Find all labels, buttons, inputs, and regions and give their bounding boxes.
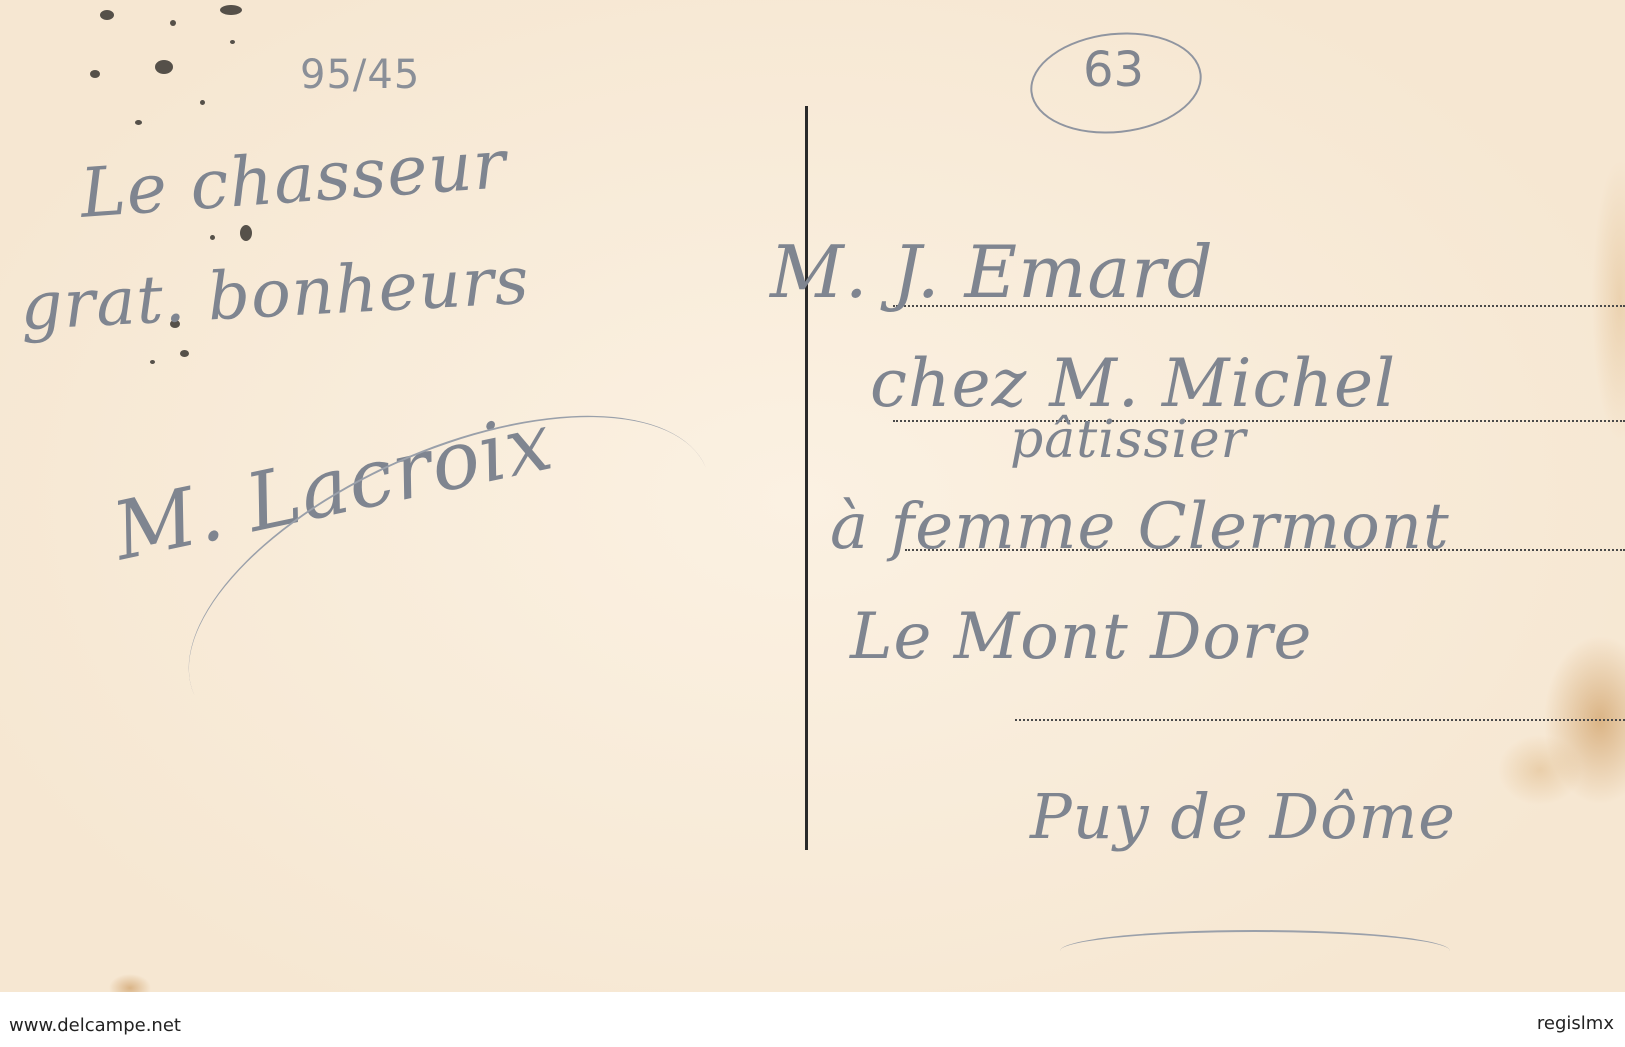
watermark-delcampe: www.delcampe.net	[9, 1015, 181, 1036]
address-line: pâtissier	[1010, 410, 1246, 470]
reference-number: 95/45	[300, 52, 420, 98]
postcard-back: 95/45 Le chasseur grat. bonheurs M. Lacr…	[0, 0, 1625, 992]
address-line: Le Mont Dore	[850, 600, 1312, 674]
watermark-seller: regislmx	[1537, 1013, 1614, 1034]
ink-speckle-stain	[60, 0, 260, 160]
department-number: 63	[1083, 42, 1144, 98]
address-line: M. J. Emard	[770, 230, 1214, 314]
address-underline	[1060, 930, 1450, 972]
address-line: Puy de Dôme	[1030, 780, 1456, 853]
address-line: à femme Clermont	[830, 490, 1450, 564]
message-line: grat. bonheurs	[18, 242, 531, 346]
message-address-divider	[805, 106, 808, 850]
address-line-4	[1015, 719, 1625, 721]
